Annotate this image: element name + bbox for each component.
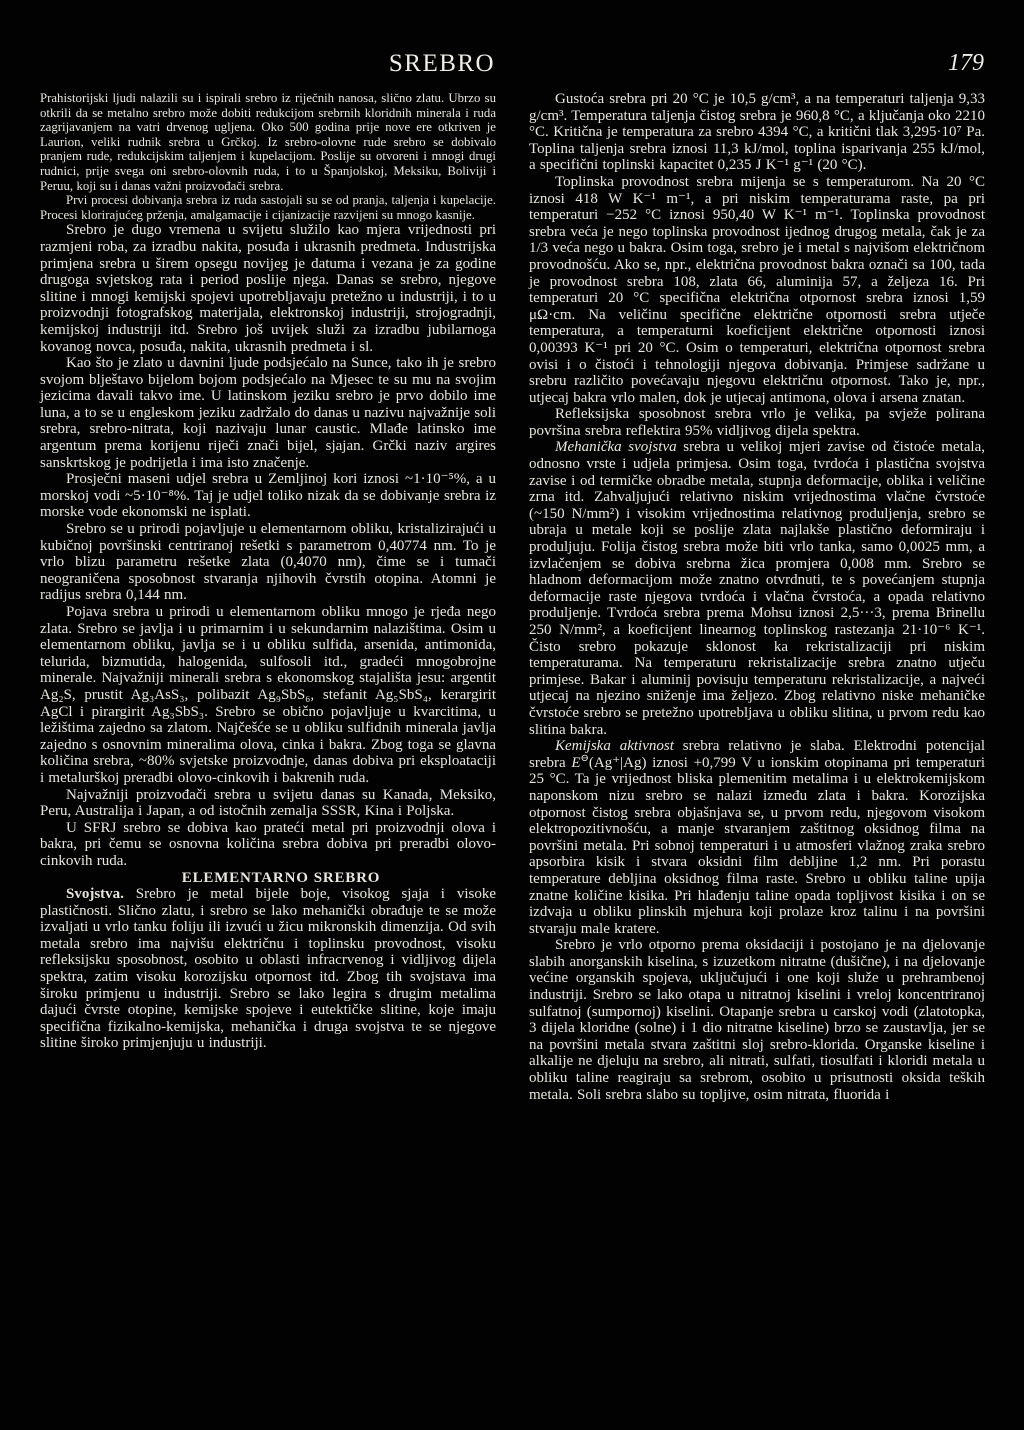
section-heading: ELEMENTARNO SREBRO (40, 870, 496, 887)
body-paragraph: Kao što je zlato u davnini ljude podsjeć… (40, 355, 496, 471)
body-paragraph: Prosječni maseni udjel srebra u Zemljino… (40, 471, 496, 521)
body-paragraph: Mehanička svojstva srebra u velikoj mjer… (529, 439, 985, 738)
body-paragraph: Pojava srebra u prirodi u elementarnom o… (40, 604, 496, 787)
page-number: 179 (948, 50, 984, 77)
page-title: SREBRO (0, 50, 884, 78)
right-column: Gustoća srebra pri 20 °C je 10,5 g/cm³, … (529, 91, 985, 1103)
body-paragraph: Srebro je dugo vremena u svijetu služilo… (40, 222, 496, 355)
paragraph-text: srebra u velikoj mjeri zavise od čistoće… (529, 439, 985, 737)
body-paragraph: Srebro je vrlo otporno prema oksidaciji … (529, 937, 985, 1103)
paragraph-lead: Kemijska aktivnost (555, 738, 674, 754)
electrode-couple: (Ag⁺|Ag) (589, 755, 647, 771)
body-paragraph: Gustoća srebra pri 20 °C je 10,5 g/cm³, … (529, 91, 985, 174)
paragraph-text: iznosi +0,799 V u ionskim otopinama pri … (529, 755, 985, 937)
intro-paragraph: Prahistorijski ljudi nalazili su i ispir… (40, 91, 496, 193)
paragraph-text: Srebro je metal bijele boje, visokog sja… (40, 886, 496, 1051)
body-paragraph: Kemijska aktivnost srebra relativno je s… (529, 738, 985, 937)
body-paragraph: Najvažniji proizvođači srebra u svijetu … (40, 787, 496, 820)
body-paragraph: Svojstva. Srebro je metal bijele boje, v… (40, 886, 496, 1052)
left-column: Prahistorijski ljudi nalazili su i ispir… (40, 91, 496, 1052)
paragraph-lead: Svojstva. (66, 886, 124, 902)
scanned-book-page: SREBRO 179 Prahistorijski ljudi nalazili… (0, 0, 1024, 1430)
standard-state-symbol: ⊖ (580, 753, 588, 764)
body-paragraph: Refleksijska sposobnost srebra vrlo je v… (529, 406, 985, 439)
intro-paragraph: Prvi procesi dobivanja srebra iz ruda sa… (40, 193, 496, 222)
body-paragraph: Srebro se u prirodi pojavljuje u element… (40, 521, 496, 604)
body-paragraph: Toplinska provodnost srebra mijenja se s… (529, 174, 985, 406)
paragraph-lead: Mehanička svojstva (555, 439, 677, 455)
body-paragraph: U SFRJ srebro se dobiva kao prateći meta… (40, 820, 496, 870)
